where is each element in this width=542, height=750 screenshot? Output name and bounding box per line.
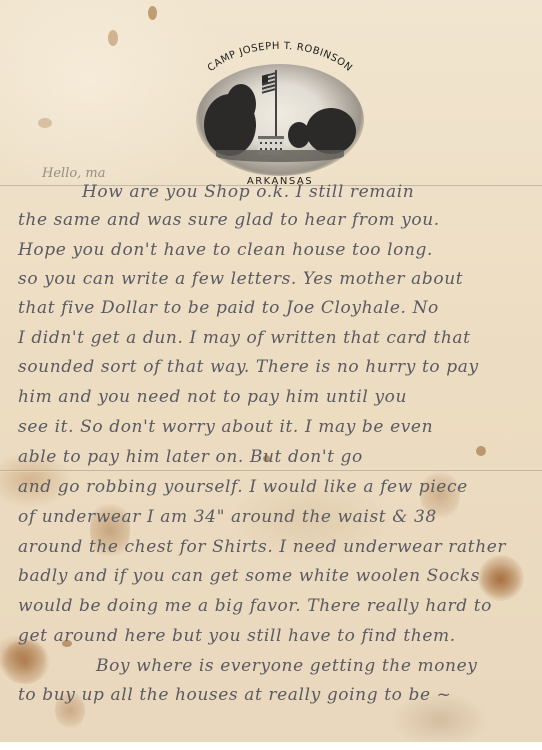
- stain-blot: [0, 640, 50, 684]
- flag-icon: [262, 72, 275, 93]
- flagpole: [275, 70, 277, 140]
- handwritten-line: sounded sort of that way. There is no hu…: [18, 357, 542, 377]
- handwritten-line: Hope you don't have to clean house too l…: [18, 240, 542, 260]
- handwritten-line: the same and was sure glad to hear from …: [18, 210, 542, 230]
- stain-spot: [148, 6, 157, 20]
- stain-spot: [38, 118, 52, 128]
- tree: [306, 108, 356, 154]
- stain-spot: [108, 30, 118, 46]
- fold-line: [0, 470, 542, 472]
- handwritten-line: him and you need not to pay him until yo…: [18, 387, 542, 407]
- greeting: Hello, ma: [42, 166, 106, 181]
- camp-vignette-image: [196, 64, 364, 176]
- handwritten-line: How are you Shop o.k. I still remain: [82, 182, 542, 202]
- tree: [226, 84, 256, 124]
- handwritten-line: of underwear I am 34" around the waist &…: [18, 507, 542, 527]
- lawn: [216, 150, 344, 162]
- handwritten-line: so you can write a few letters. Yes moth…: [18, 269, 542, 289]
- handwritten-line: get around here but you still have to fi…: [18, 626, 542, 646]
- handwritten-line: to buy up all the houses at really going…: [18, 685, 542, 705]
- handwritten-line: and go robbing yourself. I would like a …: [18, 477, 542, 497]
- letter-page: CAMP JOSEPH T. ROBINSON ARKANSAS Hello, …: [0, 0, 542, 742]
- letterhead: CAMP JOSEPH T. ROBINSON ARKANSAS: [185, 40, 375, 190]
- handwritten-line: badly and if you can get some white wool…: [18, 566, 542, 586]
- handwritten-line: I didn't get a dun. I may of written tha…: [18, 328, 542, 348]
- handwritten-line: able to pay him later on. But don't go: [18, 447, 542, 467]
- handwritten-line: would be doing me a big favor. There rea…: [18, 596, 542, 616]
- handwritten-line: see it. So don't worry about it. I may b…: [18, 417, 542, 437]
- handwritten-line: Boy where is everyone getting the money: [96, 656, 542, 676]
- handwritten-line: around the chest for Shirts. I need unde…: [18, 537, 542, 557]
- handwritten-line: that five Dollar to be paid to Joe Cloyh…: [18, 298, 542, 318]
